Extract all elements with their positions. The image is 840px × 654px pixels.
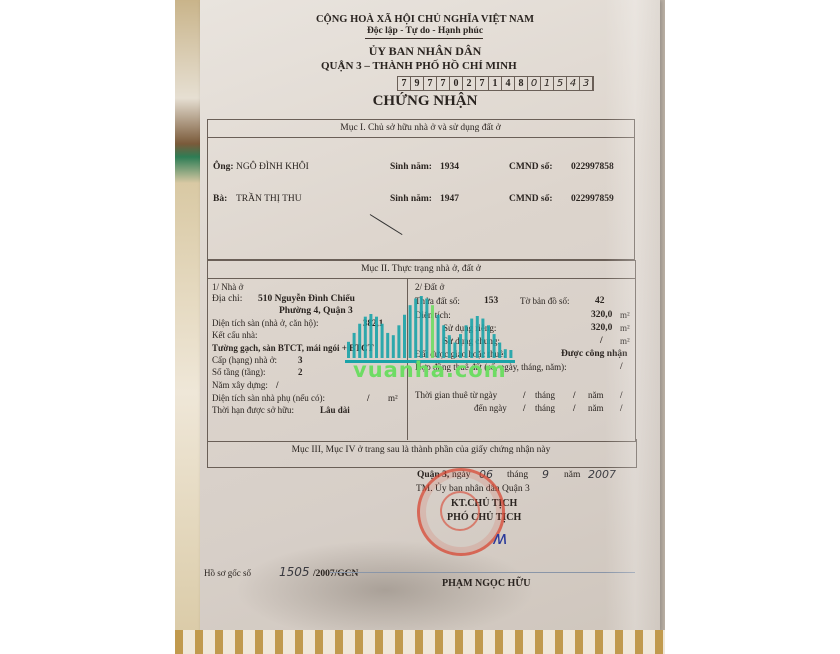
owner2-name: TRẦN THỊ THU: [236, 194, 302, 204]
owner1-birth-year: 1934: [440, 162, 459, 172]
serial-digit: 7: [424, 77, 437, 90]
lease-from-year-label: năm: [588, 390, 604, 400]
owner1-name: NGÔ ĐÌNH KHÔI: [236, 162, 309, 172]
map-sheet-value: 42: [595, 296, 605, 306]
floor-area-label: Diện tích sàn (nhà ở, căn hộ):: [212, 318, 318, 328]
official-seal-icon: [417, 468, 505, 556]
section3-note: Mục III, Mục IV ở trang sau là thành phầ…: [207, 445, 635, 455]
grade-label: Cấp (hạng) nhà ở:: [212, 355, 277, 365]
signature-mark: ʍ: [493, 528, 508, 549]
floors-value: 2: [298, 367, 303, 377]
motto-underline: [365, 38, 483, 39]
shared-use-value: /: [600, 336, 603, 346]
section2-heading: Mục II. Thực trạng nhà ở, đất ở: [207, 264, 635, 274]
owner2-id-label: CMND số:: [509, 194, 553, 204]
certificate-photo: CỘNG HOÀ XÃ HỘI CHỦ NGHĨA VIỆT NAM Độc l…: [175, 0, 665, 654]
section1-heading: Mục I. Chủ sở hữu nhà ở và sử dụng đất ở: [207, 123, 634, 133]
lease-from-day: /: [523, 390, 526, 400]
authority: ỦY BAN NHÂN DÂN: [330, 44, 520, 59]
plastic-sleeve-glare: [605, 0, 665, 632]
month-label: tháng: [507, 470, 528, 480]
serial-digit: 7: [437, 77, 450, 90]
owner2-birth-year: 1947: [440, 194, 459, 204]
ownership-term-label: Thời hạn được sở hữu:: [212, 405, 294, 415]
owner2-birth-label: Sinh năm:: [390, 194, 432, 204]
serial-digit: 1: [489, 77, 502, 90]
signer-name: PHẠM NGỌC HỮU: [442, 578, 531, 589]
serial-digit: 4: [567, 77, 580, 90]
lease-to-year-label: năm: [588, 403, 604, 413]
owner2-prefix: Bà:: [213, 194, 227, 204]
aux-area-value: /: [367, 393, 370, 403]
serial-number: 797702714801543: [397, 76, 594, 91]
background-fabric: [175, 630, 665, 654]
serial-digit: 0: [450, 77, 463, 90]
certificate-title: CHỨNG NHẬN: [325, 93, 525, 110]
district: QUẬN 3 – THÀNH PHỐ HỒ CHÍ MINH: [321, 60, 517, 72]
lease-from-month: /: [573, 390, 576, 400]
serial-digit: 0: [528, 77, 541, 90]
owner1-prefix: Ông:: [213, 162, 234, 172]
map-sheet-label: Tờ bản đồ số:: [520, 296, 570, 306]
serial-digit: 7: [398, 77, 411, 90]
watermark-text: vuanha.com: [353, 358, 507, 382]
owner1-id-label: CMND số:: [509, 162, 553, 172]
serial-digit: 7: [476, 77, 489, 90]
address-label: Địa chỉ:: [212, 294, 242, 304]
section2-divider: [207, 278, 635, 279]
signing-month: 9: [542, 468, 549, 481]
lease-to-label: đến ngày: [474, 403, 507, 413]
year-built-label: Năm xây dựng:: [212, 380, 268, 390]
shadow: [235, 540, 535, 640]
structure-label: Kết cấu nhà:: [212, 330, 257, 340]
aux-area-unit: m²: [388, 393, 398, 403]
owner1-birth-label: Sinh năm:: [390, 162, 432, 172]
signature-line: [330, 572, 635, 573]
serial-digit: 9: [411, 77, 424, 90]
lease-from-month-label: tháng: [535, 390, 555, 400]
serial-digit: 1: [541, 77, 554, 90]
grade-value: 3: [298, 355, 303, 365]
year-built-value: /: [276, 380, 279, 390]
file-number-suffix: /2007/GCN: [313, 569, 358, 579]
lease-from-label: Thời gian thuê từ ngày: [415, 390, 497, 400]
address-line1: 510 Nguyễn Đình Chiểu: [258, 294, 355, 304]
section1-box: [207, 119, 635, 260]
nation-heading: CỘNG HOÀ XÃ HỘI CHỦ NGHĨA VIỆT NAM: [300, 14, 550, 25]
address-line2: Phường 4, Quận 3: [279, 306, 353, 316]
floors-label: Số tầng (tầng):: [212, 367, 266, 377]
lease-to-month-label: tháng: [535, 403, 555, 413]
motto: Độc lập - Tự do - Hạnh phúc: [320, 26, 530, 36]
serial-digit: 4: [502, 77, 515, 90]
serial-digit: 8: [515, 77, 528, 90]
lease-to-day: /: [523, 403, 526, 413]
year-label: năm: [564, 470, 580, 480]
section1-divider: [207, 137, 634, 138]
aux-area-label: Diện tích sàn nhà phụ (nếu có):: [212, 393, 325, 403]
serial-digit: 2: [463, 77, 476, 90]
file-number: 1505: [279, 565, 310, 579]
serial-digit: 3: [580, 77, 593, 90]
serial-digit: 5: [554, 77, 567, 90]
ownership-term-value: Lâu dài: [320, 405, 350, 415]
file-number-label: Hồ sơ gốc số: [204, 568, 251, 578]
lease-to-month: /: [573, 403, 576, 413]
house-heading: 1/ Nhà ở: [212, 282, 243, 292]
